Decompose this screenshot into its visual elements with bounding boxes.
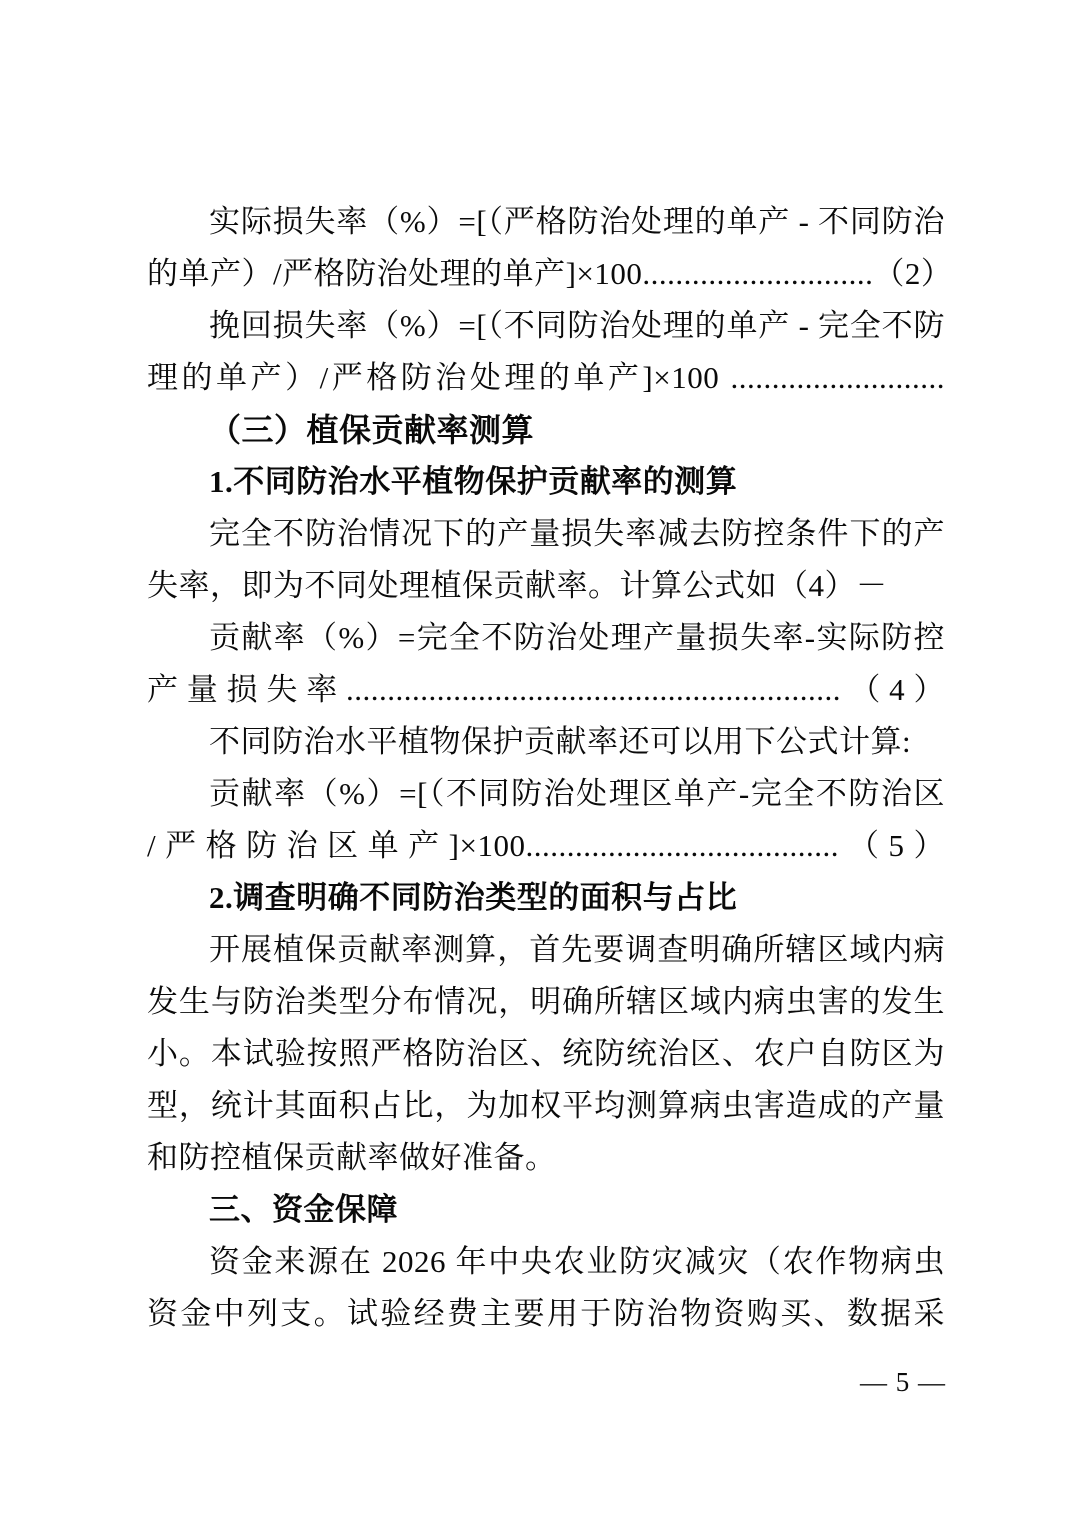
formula-2-line-1: 实际损失率（%）=[（严格防治处理的单产 - 不同防治处理 [147,196,945,248]
formula-4-line-2: 产量损失率...................................… [147,664,945,716]
para-3-line-2: 发生与防治类型分布情况，明确所辖区域内病虫害的发生面积大 [147,976,945,1028]
para-2-line-1: 不同防治水平植物保护贡献率还可以用下公式计算: [147,716,945,768]
formula-5-line-1: 贡献率（%）=[（不同防治处理区单产-完全不防治区单产） [147,768,945,820]
para-4-line-2: 资金中列支。试验经费主要用于防治物资购买、数据采集、作业用 [147,1288,945,1340]
formula-4-line-1: 贡献率（%）=完全不防治处理产量损失率-实际防控处理的 [147,612,945,664]
para-1-line-2: 失率，即为不同处理植保贡献率。计算公式如（4）－（5）。 [147,560,945,612]
formula-5-line-2: /严格防治区单产]×100...........................… [147,820,945,872]
page-number: — 5 — [860,1362,946,1402]
formula-3-line-2: 理的单产）/严格防治处理的单产]×100 ...................… [147,352,945,404]
formula-2-line-2: 的单产）/严格防治处理的单产]×100.....................… [147,248,945,300]
heading-sub-1: 1.不同防治水平植物保护贡献率的测算 [147,456,945,508]
heading-section-funding: 三、资金保障 [147,1184,945,1236]
heading-sub-2: 2.调查明确不同防治类型的面积与占比 [147,872,945,924]
para-3-line-3: 小。本试验按照严格防治区、统防统治区、农户自防区为代表类 [147,1028,945,1080]
heading-section-3: （三）植保贡献率测算 [147,404,945,456]
document-page: 实际损失率（%）=[（严格防治处理的单产 - 不同防治处理的单产）/严格防治处理… [0,0,1074,1520]
document-body: 实际损失率（%）=[（严格防治处理的单产 - 不同防治处理的单产）/严格防治处理… [147,196,945,1340]
para-3-line-1: 开展植保贡献率测算，首先要调查明确所辖区域内病虫害的 [147,924,945,976]
para-1-line-1: 完全不防治情况下的产量损失率减去防控条件下的产量损 [147,508,945,560]
para-4-line-1: 资金来源在 2026 年中央农业防灾减灾（农作物病虫害防治） [147,1236,945,1288]
para-3-line-4: 型，统计其面积占比，为加权平均测算病虫害造成的产量损失率 [147,1080,945,1132]
formula-3-line-1: 挽回损失率（%）=[（不同防治处理的单产 - 完全不防治处 [147,300,945,352]
para-3-line-5: 和防控植保贡献率做好准备。 [147,1132,945,1184]
